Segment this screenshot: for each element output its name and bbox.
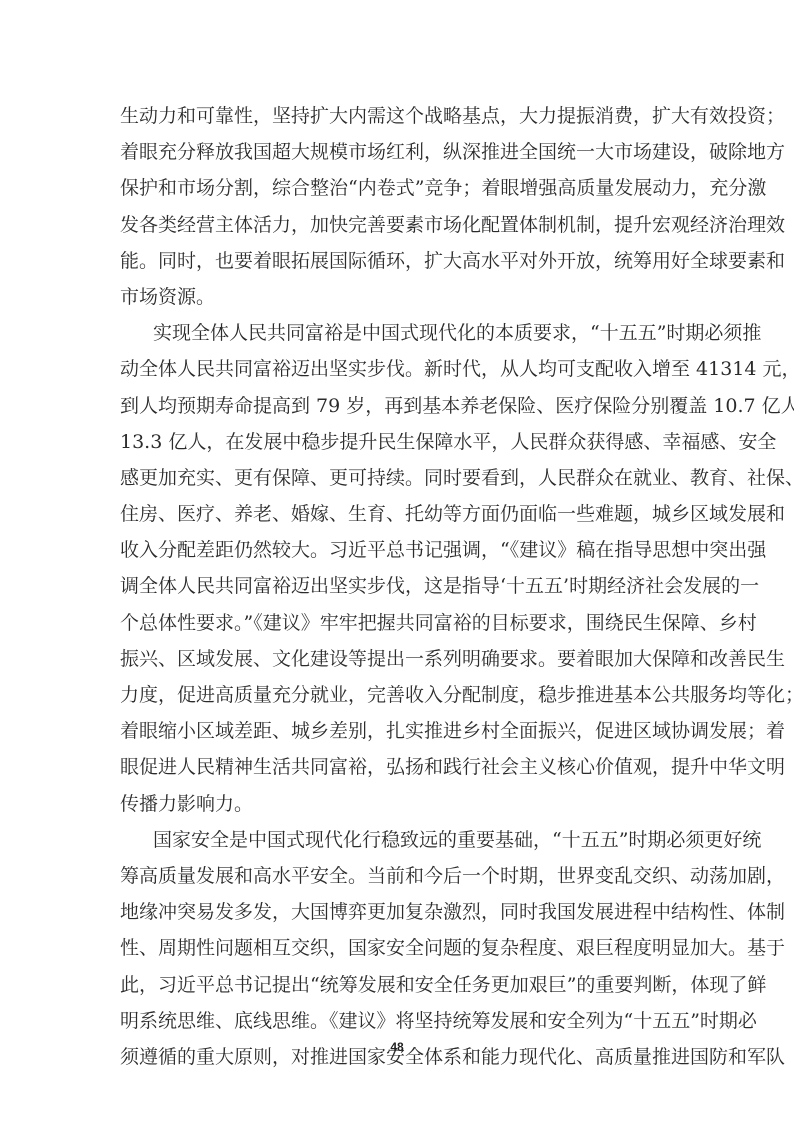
text-line: 筹高质量发展和高水平安全。当前和今后一个时期，世界变乱交织、动荡加剧，	[120, 858, 676, 894]
text-line: 发各类经营主体活力，加快完善要素市场化配置体制机制，提升宏观经济治理效	[120, 207, 676, 243]
text-line: 生动力和可靠性，坚持扩大内需这个战略基点，大力提振消费，扩大有效投资；	[120, 98, 676, 134]
text-line: 明系统思维、底线思维。《建议》将坚持统筹发展和安全列为“十五五”时期必	[120, 1003, 676, 1039]
text-line: 收入分配差距仍然较大。习近平总书记强调，“《建议》稿在指导思想中突出强	[120, 532, 676, 568]
text-line: 力度，促进高质量充分就业，完善收入分配制度，稳步推进基本公共服务均等化；	[120, 677, 676, 713]
text-line: 调全体人民共同富裕迈出坚实步伐，这是指导‘十五五’时期经济社会发展的一	[120, 568, 676, 604]
text-line: 振兴、区域发展、文化建设等提出一系列明确要求。要着眼加大保障和改善民生	[120, 641, 676, 677]
text-line: 市场资源。	[120, 279, 676, 315]
text-line: 个总体性要求。”《建议》牢牢把握共同富裕的目标要求，围绕民生保障、乡村	[120, 605, 676, 641]
body-text: 生动力和可靠性，坚持扩大内需这个战略基点，大力提振消费，扩大有效投资； 着眼充分…	[120, 98, 676, 1075]
text-line: 着眼缩小区域差距、城乡差别，扎实推进乡村全面振兴，促进区域协调发展；着	[120, 713, 676, 749]
document-page: 生动力和可靠性，坚持扩大内需这个战略基点，大力提振消费，扩大有效投资； 着眼充分…	[0, 0, 794, 1123]
paragraph-first-line: 国家安全是中国式现代化行稳致远的重要基础，“十五五”时期必须更好统	[120, 822, 676, 858]
text-line: 眼促进人民精神生活共同富裕，弘扬和践行社会主义核心价值观，提升中华文明	[120, 749, 676, 785]
text-line: 着眼充分释放我国超大规模市场红利，纵深推进全国统一大市场建设，破除地方	[120, 134, 676, 170]
text-line: 地缘冲突易发多发，大国博弈更加复杂激烈，同时我国发展进程中结构性、体制	[120, 894, 676, 930]
text-line: 住房、医疗、养老、婚嫁、生育、托幼等方面仍面临一些难题，城乡区域发展和	[120, 496, 676, 532]
paragraph-first-line: 实现全体人民共同富裕是中国式现代化的本质要求，“十五五”时期必须推	[120, 315, 676, 351]
text-line: 动全体人民共同富裕迈出坚实步伐。新时代，从人均可支配收入增至 41314 元，	[120, 351, 676, 387]
text-line: 保护和市场分割，综合整治“内卷式”竞争；着眼增强高质量发展动力，充分激	[120, 170, 676, 206]
text-line: 此，习近平总书记提出“统筹发展和安全任务更加艰巨”的重要判断，体现了鲜	[120, 967, 676, 1003]
text-line: 性、周期性问题相互交织，国家安全问题的复杂程度、艰巨程度明显加大。基于	[120, 930, 676, 966]
text-line: 到人均预期寿命提高到 79 岁，再到基本养老保险、医疗保险分别覆盖 10.7 亿…	[120, 388, 676, 424]
text-line: 能。同时，也要着眼拓展国际循环，扩大高水平对外开放，统筹用好全球要素和	[120, 243, 676, 279]
text-line: 13.3 亿人，在发展中稳步提升民生保障水平，人民群众获得感、幸福感、安全	[120, 424, 676, 460]
text-line: 传播力影响力。	[120, 786, 676, 822]
page-number: 48	[0, 1040, 794, 1054]
text-line: 感更加充实、更有保障、更可持续。同时要看到，人民群众在就业、教育、社保、	[120, 460, 676, 496]
